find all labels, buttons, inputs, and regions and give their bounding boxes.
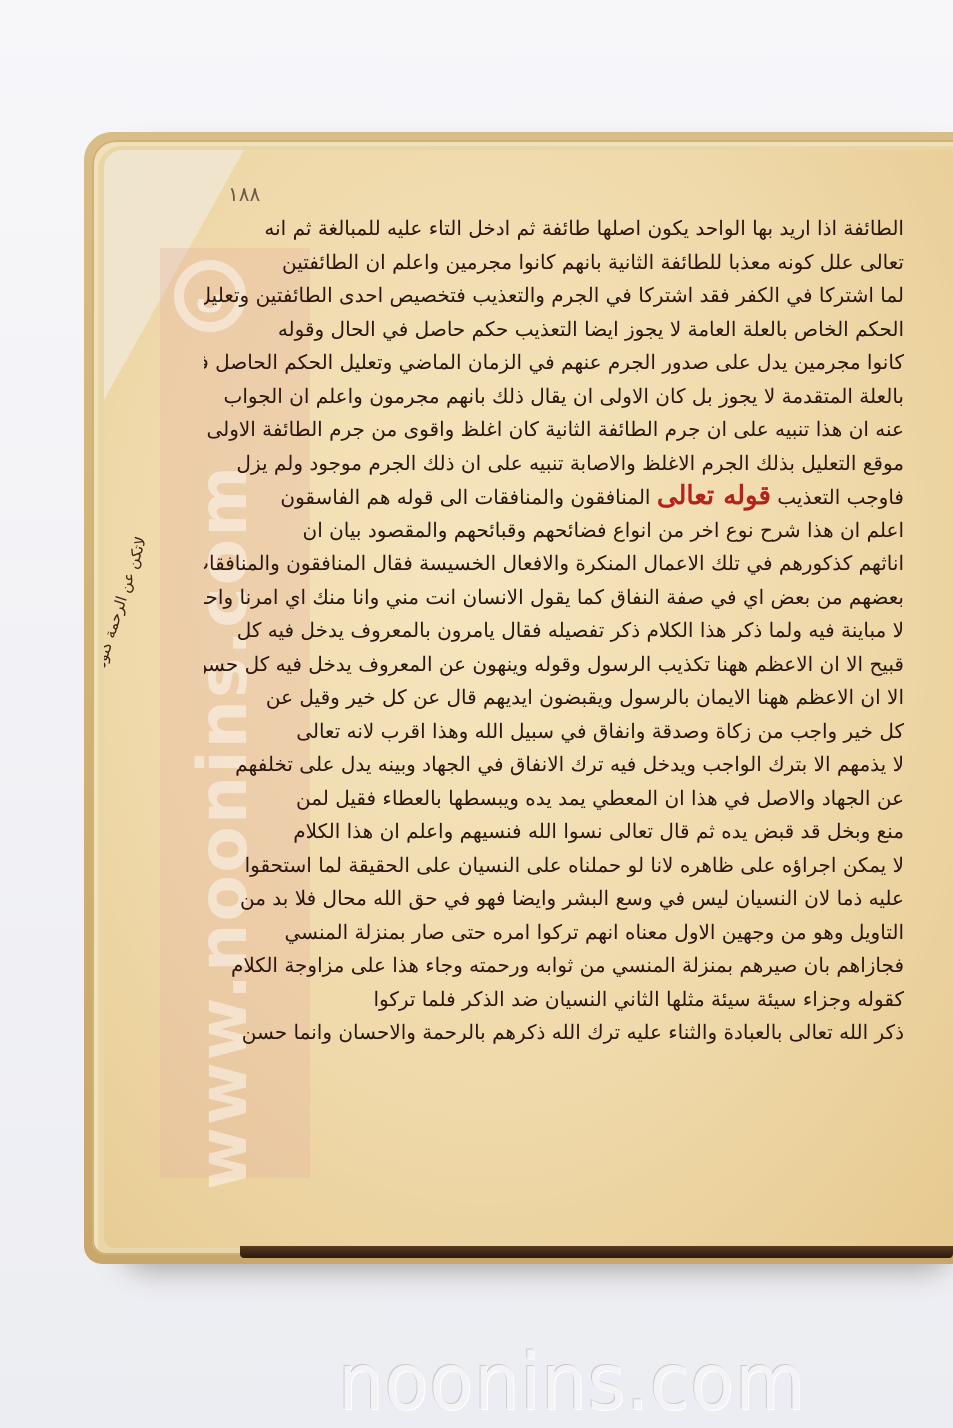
text-line: الحكم الخاص بالعلة العامة لا يجوز ايضا ا… bbox=[204, 313, 904, 347]
text-line: لا يذمهم الا بترك الواجب ويدخل فيه ترك ا… bbox=[204, 748, 904, 782]
text-line: منع وبخل قد قبض يده ثم قال تعالى نسوا ال… bbox=[204, 815, 904, 849]
line-prefix: فاوجب التعذيب bbox=[771, 485, 904, 509]
bottom-watermark-text: noonins.com bbox=[338, 1338, 806, 1428]
text-line: كل خير واجب من زكاة وصدقة وانفاق في سبيل… bbox=[204, 715, 904, 749]
text-line: بالعلة المتقدمة لا يجوز بل كان الاولى ان… bbox=[204, 380, 904, 414]
folio-number: ١٨٨ bbox=[228, 182, 260, 206]
text-line: موقع التعليل بذلك الجرم الاغلظ والاصابة … bbox=[204, 447, 904, 481]
text-line: فجازاهم بان صيرهم بمنزلة المنسي من ثوابه… bbox=[204, 949, 904, 983]
text-line: لا مباينة فيه ولما ذكر هذا الكلام ذكر تف… bbox=[204, 614, 904, 648]
text-line: الطائفة اذا اريد بها الواحد يكون اصلها ط… bbox=[204, 212, 904, 246]
text-line: عليه ذما لان النسيان ليس في وسع البشر وا… bbox=[204, 882, 904, 916]
text-line: تعالى علل كونه معذبا للطائفة الثانية بان… bbox=[204, 246, 904, 280]
text-line: عن الجهاد والاصل في هذا ان المعطي يمد يد… bbox=[204, 782, 904, 816]
line-suffix: المنافقون والمنافقات الى قوله هم الفاسقو… bbox=[280, 485, 650, 509]
page-bottom-edge bbox=[240, 1246, 953, 1258]
text-line: ذكر الله تعالى بالعبادة والثناء عليه ترك… bbox=[204, 1016, 904, 1050]
text-line: كقوله وجزاء سيئة سيئة مثلها الثاني النسي… bbox=[204, 983, 904, 1017]
text-line: بعضهم من بعض اي في صفة النفاق كما يقول ا… bbox=[204, 581, 904, 615]
text-line-with-rubric: فاوجب التعذيب قوله تعالى المنافقون والمن… bbox=[204, 480, 904, 514]
text-line: قبيح الا ان الاعظم ههنا تكذيب الرسول وقو… bbox=[204, 648, 904, 682]
text-line: اناثهم كذكورهم في تلك الاعمال المنكرة وا… bbox=[204, 547, 904, 581]
text-line: الا ان الاعظم ههنا الايمان بالرسول ويقبض… bbox=[204, 681, 904, 715]
text-line: لا يمكن اجراؤه على ظاهره لانا لو حملناه … bbox=[204, 849, 904, 883]
text-line: عنه ان هذا تنبيه على ان جرم الطائفة الثا… bbox=[204, 413, 904, 447]
text-line: اعلم ان هذا شرح نوع اخر من انواع فضائحهم… bbox=[204, 514, 904, 548]
manuscript-text-block: الطائفة اذا اريد بها الواحد يكون اصلها ط… bbox=[204, 212, 904, 1050]
text-line: التاويل وهو من وجهين الاول معناه انهم تر… bbox=[204, 916, 904, 950]
margin-note: لاتكن عن الرحمة كنود bbox=[104, 535, 150, 670]
text-line: لما اشتركا في الكفر فقد اشتركا في الجرم … bbox=[204, 279, 904, 313]
text-line: كانوا مجرمين يدل على صدور الجرم عنهم في … bbox=[204, 346, 904, 380]
manuscript-page: ن www.noonins.com ١٨٨ لاتكن عن الرحمة كن… bbox=[104, 150, 953, 1248]
rubric-heading: قوله تعالى bbox=[657, 481, 771, 511]
